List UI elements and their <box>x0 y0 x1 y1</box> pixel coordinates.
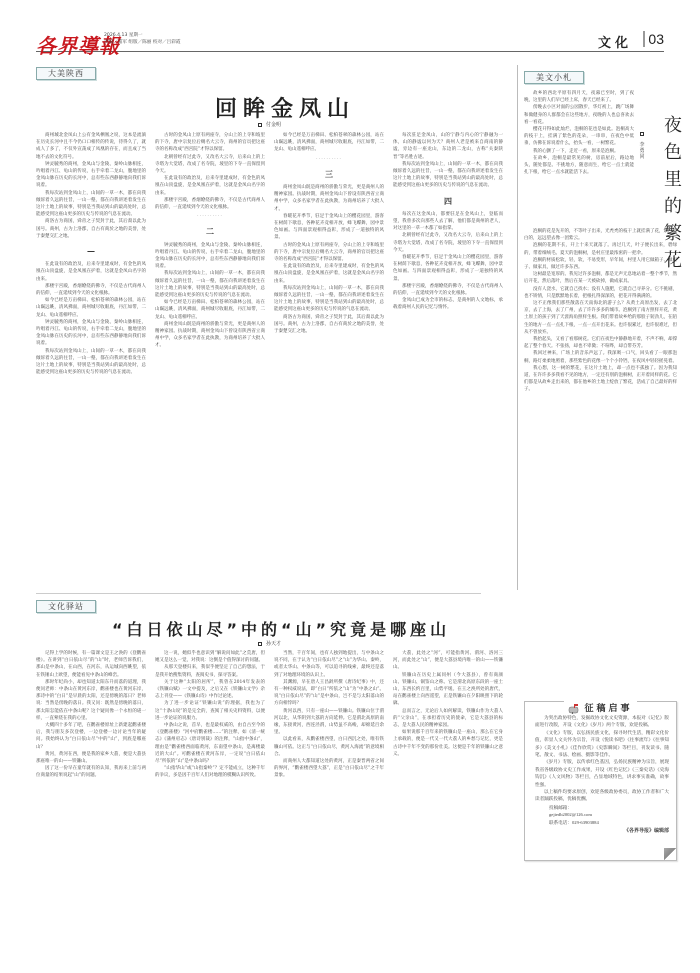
paragraph: 春暖花开季节，驻足于金凤山上的樱花园里，游客在树荫下歇息，各种花卉竞相开放，蜂飞… <box>393 254 503 283</box>
paragraph: 古时的金凤山上原有两座寺，分山上的上寺和坡里的下寺，唐中宗复位后赐名大云寺，商州… <box>155 132 265 154</box>
article3-column-2: 这一说，她似乎也意识到“解说问如此”之荒唐，但她又是这么一觉，对我说：这倒是个值… <box>155 650 265 945</box>
paragraph: 故乡的西北平原有四月天，夜幕已至时，到了夜晚，这里的人们早已经上床，春天已经来了… <box>524 90 634 104</box>
notice-body: 为突出政协特色，发掘政协文化文史资源，本报对《记忆》版面进行改版，开设《文化》《… <box>535 715 669 836</box>
phone-line: 联系电话：029-63903884 <box>535 819 669 826</box>
page-number: 03 <box>643 31 664 47</box>
paragraph: 大概四十多年了吧，在鹳雀楼原址上新建起鹳雀楼后，我与朋友多次登楼，一边登楼一边讨… <box>36 722 146 751</box>
article2-column-full: 泡桐的花是先开的，不等叶子出来，光秃秃的枝干上就挂满了花，紫白紫白的，远远望去像… <box>524 228 677 690</box>
article3-column-3: 当然，千百年间，也有人独到地提出，与中条山之说不同，在于认为“白日依山尽”之“山… <box>274 650 384 945</box>
section-tag-dameishaanxi: 大美陕西 <box>36 67 96 80</box>
paragraph: 因了这一份早在童年就有的认知，我再来上前与两位商量的结果说起“山”的问题。 <box>36 765 146 779</box>
notice-title-wrap: 征稿启事 <box>564 701 636 714</box>
article3-byline: 孙天才 <box>258 640 281 647</box>
section-number: 四 <box>393 198 503 205</box>
article3-column-4: 大荔，此处之“河”，可能指黄河、渭河、洛河三河，而此处之“山”，便是大荔县境内唯… <box>393 650 503 945</box>
article1-title: 回眸金凤山 <box>215 92 355 123</box>
paragraph: 以此看来，从鹳雀楼西望，白日西沉之处，唯有铁镰山可依。这正与“白日依山尽，黄河入… <box>274 736 384 758</box>
section-tag-meiwenxiaozha: 美文小札 <box>524 71 584 84</box>
dot-separator: ·········· <box>274 156 384 163</box>
paragraph: 北朝曾经有过此寺，又改名大云寺，后来山上的上寺塔为大觉塔，改成了名寺院，坡里的下… <box>393 232 503 254</box>
paragraph: 黄河，黄河在西，便是我的家乡大荔，便是大荔县那座唯一的山——铁镰山。 <box>36 751 146 765</box>
section-number: 二 <box>155 228 265 235</box>
paragraph: 中条山之说，首早，也是最权威的，由自古至今的《登鹳雀楼》“河中府鹳雀楼……”的注… <box>155 722 265 765</box>
paragraph: 如今已经是万亩梯田、松柏苍翠的森林公园，站在山巅远眺，清风拂面，商州城尽收眼底，… <box>36 297 146 319</box>
article3-title: “白日依山尽”中的“山”究竟是哪座山 <box>112 617 450 640</box>
paragraph: 在此设有的政治及，后来寺里建成时，有金色的凤凰在山顶盘旋，是金凤凰在护着，这就是… <box>155 175 265 197</box>
paragraph: 钟灵毓秀的商州，金凤山与金陵、秦岭山脉相连，吟唱着丹江、龟山的传说，右手牵着二龙… <box>36 161 146 190</box>
article1-column-4: 每次驻足金凤山，山的宁静与内心的宁静融为一体，山的静谧以何为天？商州人老是被来自… <box>393 132 503 587</box>
paragraph: 商州城北金凤山上公有金凤栖凰之说，这本是流淌在历史长河中且不今仍口口相传的传说，… <box>36 132 146 161</box>
paragraph: 以上稿件均要求原创，欢迎各级政协委员，政协工作者和广大读者踊跃投稿，优稿优酬。 <box>535 789 669 804</box>
paragraph: 钟灵毓秀的商州，金凤山与金陵、秦岭山脉相连，吟唱着丹江、龟山的传说，右手牵着二龙… <box>36 319 146 348</box>
paragraph: 商洛古为商国，舜帝之子契封于此，其后裔以此为国号。商州，古为上洛郡，自古有商於之… <box>36 218 146 240</box>
article3-column-1: 记得上学的时候，有一篇课文是王之涣的《登鹳雀楼》。在讲到“白日依山尽”的“山”时… <box>36 650 146 945</box>
masthead: 各界導報 2026.4.13 星期一 责编／董军 组版／陈丽 校对／吕彩霞 文化… <box>36 30 664 52</box>
paragraph: 那楼宇宫殿，香烟缭绕的佛寺，不仅是古代商州人的信仰，一直延续到今天的文化根脉。 <box>155 197 265 211</box>
dot-separator: ·········· <box>155 213 265 220</box>
byline-box-icon <box>640 132 644 136</box>
paragraph: 如果说那千百年来的铁镰山是一座山，那么在它身上承载的，便是一代又一代大荔人的乡愁… <box>393 729 503 758</box>
notice-title: 征稿启事 <box>584 704 632 714</box>
call-for-submissions-box: 征稿启事 为突出政协特色，发掘政协文化文史资源，本报对《记忆》版面进行改版，开设… <box>524 701 677 861</box>
paragraph: 记得上学的时候，有一篇课文是王之涣的《登鹳雀楼》。在讲到“白日依山尽”的“山”时… <box>36 650 146 679</box>
paragraph: 我的心颤了一下，走近一看，原来是泡桐。 <box>524 148 634 155</box>
section-tag-wenhuayizhan: 文化驿站 <box>36 600 96 613</box>
paragraph: 从那天登楼归来，我似乎便坚定了自己的想法，于是我开始搜集资料，查阅史书，探寻答案… <box>155 664 265 678</box>
paragraph: 这树最是宽厚的。我见过许多泡桐，都是无声无息地站着一整个季节，然后开花，然后落叶… <box>524 271 677 285</box>
paragraph: 我每次站到金凤山上，山间的一草一木，都在向我倾诉着久远的往昔，一山一壑，都在向我… <box>155 270 265 299</box>
paragraph: 泡桐的花是先开的，不等叶子出来，光秃秃的枝干上就挂满了花，紫白紫白的，远远望去像… <box>524 228 677 242</box>
paragraph: 为了进一步论证“铁镰山说”的理据，我也为了这“十条山说”的是完全的，查阅了相关史… <box>155 700 265 722</box>
paragraph: 古时的金凤山上原有两座寺，分山上的上寺和坡里的下寺，唐中宗复位后赐名大云寺，商州… <box>274 242 384 264</box>
email-label: 投稿邮箱： <box>549 805 572 810</box>
paragraph: 我抬起头，又看了看那树花。它们在夜色中静静地开着，不声不响，却撑起了整个春天。不… <box>524 336 677 350</box>
article1-column-2: 古时的金凤山上原有两座寺，分山上的上寺和坡里的下寺，唐中宗复位后赐名大云寺，商州… <box>155 132 265 587</box>
article1-byline: 付金明 <box>258 121 281 128</box>
issue-date: 2026.4.13 星期一 <box>104 32 180 39</box>
paragraph: 春暖花开季节，驻足于金凤山上的樱花园里，游客在树荫下歇息，各种花卉竞相开放，蜂飞… <box>274 213 384 242</box>
paragraph: 那时年纪尚小，却也知道太阳东升而落的道理，我便问老师：中条山在黄河东岸，鹳雀楼也… <box>36 679 146 722</box>
paragraph: 樱花开得如此灿烂，泡桐的花也是如此。泡桐高大的枝干上，挂满了紫色的花朵，一串串，… <box>524 126 634 148</box>
email-line: 投稿邮箱： <box>535 804 669 811</box>
paragraph: 我回过神来，广场上的音乐声远了。我深吸一口气，回头看了一眼那泡桐，路灯柔柔地照着… <box>524 350 677 364</box>
paragraph: 每次驻足金凤山，山的宁静与内心的宁静融为一体，山的静谧以何为天？商州人老是被来自… <box>393 132 503 161</box>
phone-number: 029-63903884 <box>572 820 599 825</box>
paragraph: 傍晚去小区对面的公园散步，华灯初上，跳广场舞和做健身的人群都会在这些地方，夜晚的… <box>524 104 634 126</box>
paragraph: 这一说，她似乎也意识到“解说问如此”之荒唐，但她又是这么一觉，对我说：这倒是个值… <box>155 650 265 664</box>
paragraph: 我每次站到金凤山上，山间的一草一木，都在向我倾诉着久远的往昔，一山一壑，都在向我… <box>36 348 146 377</box>
paragraph: 《岁月》专版，以传承红色基因，弘扬民族精神为宗旨，展现我省各级政协文史工作成果，… <box>535 759 669 789</box>
byline-box-icon <box>258 123 262 127</box>
paragraph: 泡桐的材质松软，轻，软，不易变形，早年间，村里人用它做箱子、做柜子、做家具，做过… <box>524 257 677 271</box>
paragraph: 黄河以西，只有一座山——铁镰山。铁镰山位于渭河以北，从华阴到大荔的方向延伸。它是… <box>274 708 384 737</box>
paragraph: 没有人浇水，它就自己找水；没有人施肥，它就自己寻养分。它不挑剔，也不矫情，只是默… <box>524 286 677 300</box>
notice-header: 征稿启事 <box>525 696 676 715</box>
page-curl-icon <box>664 848 676 860</box>
paragraph: 我每次站到金凤山上，山间的一草一木，都在向我倾诉着久远的往昔，一山一壑，都在向我… <box>274 285 384 314</box>
paragraph: 大荔，此处之“河”，可能指黄河、渭河、洛河三河，而此处之“山”，便是大荔县境内唯… <box>393 650 503 672</box>
paragraph: 我每次站到金凤山上，山间的一草一木，都在向我倾诉着久远的往昔，一山一壑，都在向我… <box>393 161 503 190</box>
paragraph: 其渊源，早在唐人王昌龄所撰《唐诗纪事》中，还有一种权威说法，即“白日”所依之“山… <box>274 679 384 708</box>
paragraph: 我心想，这一树的繁花，在这片土地上，却一点也不孤独了。因为我知道，在许许多多我看… <box>524 365 677 394</box>
email-address[interactable]: gejiedb2002@126.com <box>535 811 669 818</box>
paragraph: 泡桐的花期不长，开上十来天就落了。再过几天，叶子便长出来，碧绿的，带着细绒毛。夏… <box>524 242 677 256</box>
phone-label: 联系电话： <box>549 820 572 825</box>
notice-signature: 《各界导报》编辑部 <box>535 828 669 835</box>
paragraph: 商州金凤山既是商州的骄傲与荣光，更是商州人的精神家园。抗战时期，商州金凤山下曾设… <box>274 184 384 213</box>
paragraph: 如今已经是万亩梯田、松柏苍翠的森林公园，站在山巅远眺，清风拂面，商州城尽收眼底，… <box>155 299 265 321</box>
paragraph: 而商州人大都知道这处的黄河，正是秦晋两省之间的界河，“鹳雀楼西望大荔”，正是“白… <box>274 758 384 780</box>
section-divider <box>36 593 481 594</box>
paragraph: 在此设有的政治及，后来寺里建成时，有金色的凤凰在山顶盘旋，是金凤凰在护着，这就是… <box>274 263 384 285</box>
byline-box-icon <box>258 642 262 646</box>
article2-column-top: 故乡的西北平原有四月天，夜幕已至时，到了夜晚，这里的人们早已经上床，春天已经来了… <box>524 90 634 228</box>
article1-author: 付金明 <box>266 122 281 128</box>
section-number: 三 <box>274 171 384 178</box>
paragraph: “山指华山”或“山指秦岭”？定不能成立，这种千年的争议，多是因千百年人们对地理的… <box>155 765 265 779</box>
paragraph: 总而言之，无论后人如何解读，铁镰山作为大荔人的“父亲山”，在承担着历史的使命，它… <box>393 708 503 730</box>
paragraph: 我每次站到金凤山上，山间的一草一木，都在向我倾诉着久远的往昔，一山一壑，都在向我… <box>36 190 146 219</box>
paragraph: 在故乡，泡桐是最常见的树，房前屋后，路边地头，随处都是。不挑地方，随意而生，给它… <box>524 155 634 177</box>
article3-author: 孙天才 <box>266 641 281 647</box>
paragraph: 铁镰山在历史上属同州（今大荔县），曾有商颜山、铁镰山、铜鉴山之称。它是渭北高原东… <box>393 672 503 708</box>
paragraph: 这不正像我们那些散落在天南海北的游子么？从黄土高原出发，去了北京，去了上海，去了… <box>524 300 677 336</box>
article2-author: 李勇同 <box>639 142 644 160</box>
paragraph: 如今已经是万亩梯田、松柏苍翠的森林公园，站在山巅远眺，清风拂面，商州城尽收眼底，… <box>274 132 384 154</box>
paragraph: 那楼宇宫殿，香烟缭绕的佛寺，不仅是古代商州人的信仰，一直延续到今天的文化根脉。 <box>393 283 503 297</box>
article2-byline: 李勇同 <box>638 132 646 160</box>
column-divider <box>517 65 518 590</box>
paragraph: 每次在这金凤山，都要驻足在金凤山上，登临而望，我曾多次向那些人去了解，他们都是商… <box>393 211 503 233</box>
section-name: 文化 <box>598 32 632 51</box>
paragraph: 钟灵毓秀的商州，金凤山与金陵、秦岭山脉相连，吟唱着丹江、龟山的传说，右手牵着二龙… <box>155 242 265 271</box>
section-number: — <box>36 248 146 255</box>
issue-meta: 2026.4.13 星期一 责编／董军 组版／陈丽 校对／吕彩霞 <box>104 32 180 46</box>
paragraph: 商州金凤山既是商州的骄傲与荣光，更是商州人的精神家园。抗战时期，商州金凤山下曾设… <box>155 321 265 350</box>
paragraph: 《文化》专版，以弘扬民族文化，探寻时代生活，精彩文化价值，彰显人文关怀为宗旨，开… <box>535 730 669 760</box>
article1-column-3: 如今已经是万亩梯田、松柏苍翠的森林公园，站在山巅远眺，清风拂面，商州城尽收眼底，… <box>274 132 384 587</box>
paragraph: 那楼宇宫殿，香烟缭绕的佛寺，不仅是古代商州人的信仰，一直延续到今天的文化根脉。 <box>36 283 146 297</box>
paragraph: 北朝曾经有过此寺，又改名大云寺，后来山上的上寺塔为大觉塔，改成了名寺院，坡里的下… <box>155 154 265 176</box>
paragraph: 商洛古为商国，舜帝之子契封于此，其后裔以此为国号。商州，古为上洛郡，自古有商於之… <box>274 314 384 336</box>
paragraph: 金凤山已成为全市的标志，是商州的人文地标，承载着商州人民的记忆与情怀。 <box>393 297 503 311</box>
paragraph: 为突出政协特色，发掘政协文化文史资源，本报对《记忆》版面进行改版，开设《文化》《… <box>535 715 669 730</box>
paragraph: 当然，千百年间，也有人独到地提出，与中条山之说不同，在于认为“白日依山尽”之“山… <box>274 650 384 679</box>
paragraph: 在此设有的政治及，后来寺里建成时，有金色的凤凰在山顶盘旋，是金凤凰在护着，这就是… <box>36 261 146 283</box>
article1-column-1: 商州城北金凤山上公有金凤栖凰之说，这本是流淌在历史长河中且不今仍口口相传的传说，… <box>36 132 146 587</box>
mailbox-icon <box>568 704 582 714</box>
paragraph: 关于这种“太阳的居所”，我曾在2014年发表的《铁镰山赋》一文中提及，之后又在《… <box>155 679 265 701</box>
editor-credits: 责编／董军 组版／陈丽 校对／吕彩霞 <box>104 39 180 46</box>
